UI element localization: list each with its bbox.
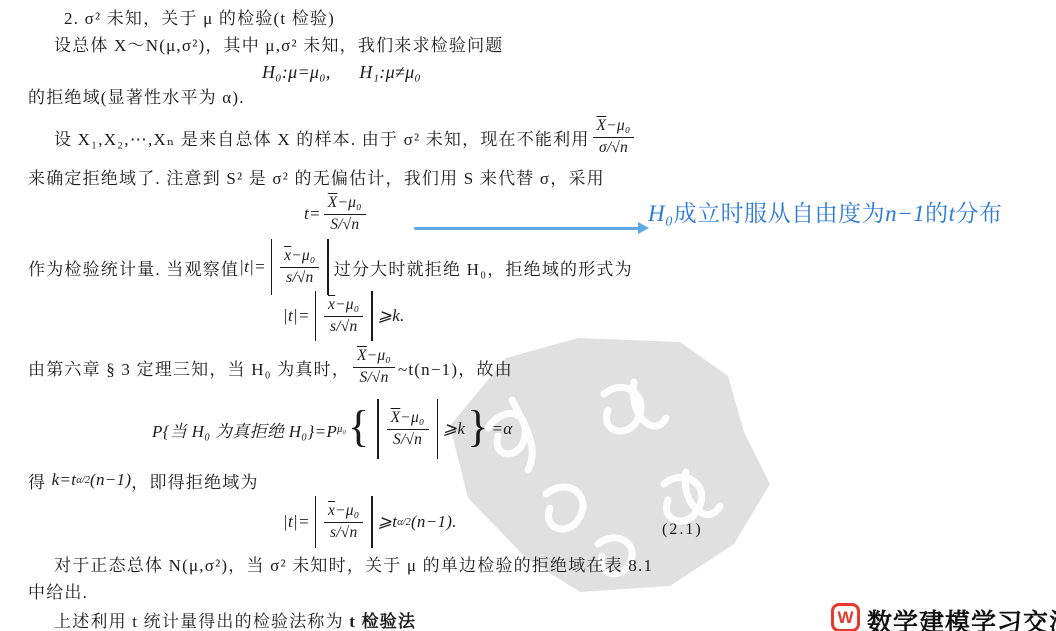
geq-k: ⩾k <box>443 419 465 439</box>
section-heading: 2. σ² 未知，关于 μ 的检验(t 检验) <box>64 8 335 31</box>
paragraph-line: 的拒绝域(显著性水平为 α). <box>28 87 245 110</box>
t-equals: t= <box>304 204 321 224</box>
fraction-Xbar-S: X−μ₀ S/√n <box>324 194 366 234</box>
t-subscript: α/2 <box>76 475 90 486</box>
t-subscript: α/2 <box>397 517 411 528</box>
text-layer: 2. σ² 未知，关于 μ 的检验(t 检验) 设总体 X～N(μ,σ²)，其中… <box>0 0 1056 631</box>
fraction-xbar-s: x−μ₀ s/√n <box>324 502 363 542</box>
abs-bar <box>377 399 378 459</box>
denominator: σ/√n <box>599 138 628 158</box>
k-equals-t: k=t <box>52 470 77 490</box>
denominator: S/√n <box>393 430 422 450</box>
geq-t: ⩾t <box>378 512 398 532</box>
n-minus-1: (n−1). <box>411 512 457 532</box>
n-minus-1: (n−1) <box>90 470 131 490</box>
abs-bar <box>437 399 438 459</box>
left-brace: { <box>348 405 370 449</box>
abs-t-equals: |t|= <box>283 306 310 326</box>
note-text: 分布 <box>956 201 1003 226</box>
rejection-region-formula: |t|= x−μ₀ s/√n ⩾k. <box>283 291 405 341</box>
textbook-page: 2. σ² 未知，关于 μ 的检验(t 检验) 设总体 X～N(μ,σ²)，其中… <box>0 0 1056 631</box>
abs-bar <box>315 291 316 341</box>
paragraph-text: 得 <box>28 468 52 493</box>
xbar-symbol: X <box>357 347 367 364</box>
numerator-rest: −μ₀ <box>400 409 424 426</box>
logo-w-icon: W <box>831 603 860 631</box>
abs-bar <box>371 291 372 341</box>
fraction-Xbar-S: X−μ₀ S/√n <box>353 347 395 387</box>
equation-number: (2.1) <box>662 521 703 539</box>
paragraph-with-fraction: 设 X₁,X₂,⋯,Xₙ 是来自总体 X 的样本. 由于 σ² 未知，现在不能利… <box>54 109 637 165</box>
paragraph-text: 上述利用 t 统计量得出的检验法称为 <box>54 607 349 631</box>
P-subscript: μ₀ <box>337 424 346 435</box>
n-minus-1: n−1 <box>885 201 925 226</box>
logo-text: 数学建模学习交流 <box>867 603 1056 631</box>
geq-k: ⩾k. <box>378 306 405 326</box>
denominator: S/√n <box>359 368 388 388</box>
denominator: S/√n <box>330 215 359 235</box>
closing-line: 上述利用 t 统计量得出的检验法称为 t 检验法 <box>54 607 416 631</box>
theorem-line: 由第六章 § 3 定理三知，当 H₀ 为真时， X−μ₀ S/√n ~t(n−1… <box>28 339 513 395</box>
abs-bar <box>371 496 372 548</box>
paragraph-line: 对于正态总体 N(μ,σ²)，当 σ² 未知时，关于 μ 的单边检验的拒绝域在表… <box>54 555 653 578</box>
t-symbol: t <box>949 201 956 226</box>
fraction-xbar-s: x−μ₀ s/√n <box>280 247 319 287</box>
abs-t-equals: |t|= <box>283 512 310 532</box>
denominator: s/√n <box>286 268 313 288</box>
denominator: s/√n <box>330 523 357 543</box>
prob-left: P{当 H₀ 为真拒绝 H₀}=P <box>152 417 337 442</box>
paragraph-text: 由第六章 § 3 定理三知，当 H₀ 为真时， <box>28 355 350 380</box>
numerator-rest: −μ₀ <box>337 194 361 211</box>
right-brace: } <box>467 405 489 449</box>
xbar-symbol: X <box>597 117 607 134</box>
numerator-rest: −μ₀ <box>606 117 630 134</box>
abs-bar <box>315 496 316 548</box>
t-statistic-formula: t= X−μ₀ S/√n <box>304 190 369 238</box>
abs-bar <box>327 239 328 295</box>
numerator-rest: −μ₀ <box>335 502 359 519</box>
logo-letter: W <box>837 608 853 628</box>
observed-value-line: 作为检验统计量. 当观察值 |t|= x−μ₀ s/√n 过分大时就拒绝 H₀，… <box>28 239 633 295</box>
equals-alpha: =α <box>492 419 513 439</box>
H0-symbol: H₀ <box>648 201 674 226</box>
paragraph-line: 来确定拒绝域了. 注意到 S² 是 σ² 的无偏估计，我们用 S 来代替 σ，采… <box>28 168 605 191</box>
abs-bar <box>271 239 272 295</box>
xbar-symbol: X <box>391 409 401 426</box>
note-text: 的 <box>925 201 949 226</box>
paragraph-text: ~t(n−1)，故由 <box>398 355 513 380</box>
numerator-rest: −μ₀ <box>367 347 391 364</box>
denominator: s/√n <box>330 317 357 337</box>
numerator-rest: −μ₀ <box>291 247 315 264</box>
equation-2-1: |t|= x−μ₀ s/√n ⩾tα/2(n−1). <box>283 496 457 548</box>
fraction-Xbar-sigma: X−μ₀ σ/√n <box>593 117 635 157</box>
paragraph-text: 设 X₁,X₂,⋯,Xₙ 是来自总体 X 的样本. 由于 σ² 未知，现在不能利… <box>54 125 590 150</box>
probability-equation: P{当 H₀ 为真拒绝 H₀}=Pμ₀ { X−μ₀ S/√n ⩾k } =α <box>152 399 513 459</box>
abs-t-equals: |t|= <box>239 257 266 277</box>
annotation-note: H₀成立时服从自由度为n−1的t分布 <box>648 195 1003 228</box>
numerator-rest: −μ₀ <box>335 296 359 313</box>
k-value-line: 得 k=tα/2(n−1)，即得拒绝域为 <box>28 468 259 492</box>
t-test-term: t 检验法 <box>349 607 416 631</box>
fraction-xbar-s: x−μ₀ s/√n <box>324 296 363 336</box>
paragraph-line: 中给出. <box>28 582 88 605</box>
annotation-arrow <box>414 227 640 230</box>
note-text: 成立时服从自由度为 <box>674 201 886 226</box>
hypothesis-formula: H₀:μ=μ₀, H₁:μ≠μ₀ <box>262 60 421 84</box>
paragraph-text: 作为检验统计量. 当观察值 <box>28 255 239 280</box>
paragraph-text: ，即得拒绝域为 <box>131 468 258 493</box>
paragraph-line: 设总体 X～N(μ,σ²)，其中 μ,σ² 未知，我们来求检验问题 <box>54 35 503 58</box>
paragraph-text: 过分大时就拒绝 H₀，拒绝域的形式为 <box>334 255 633 280</box>
brand-logo: W 数学建模学习交流 <box>831 603 1056 631</box>
fraction-Xbar-S: X−μ₀ S/√n <box>387 409 429 449</box>
